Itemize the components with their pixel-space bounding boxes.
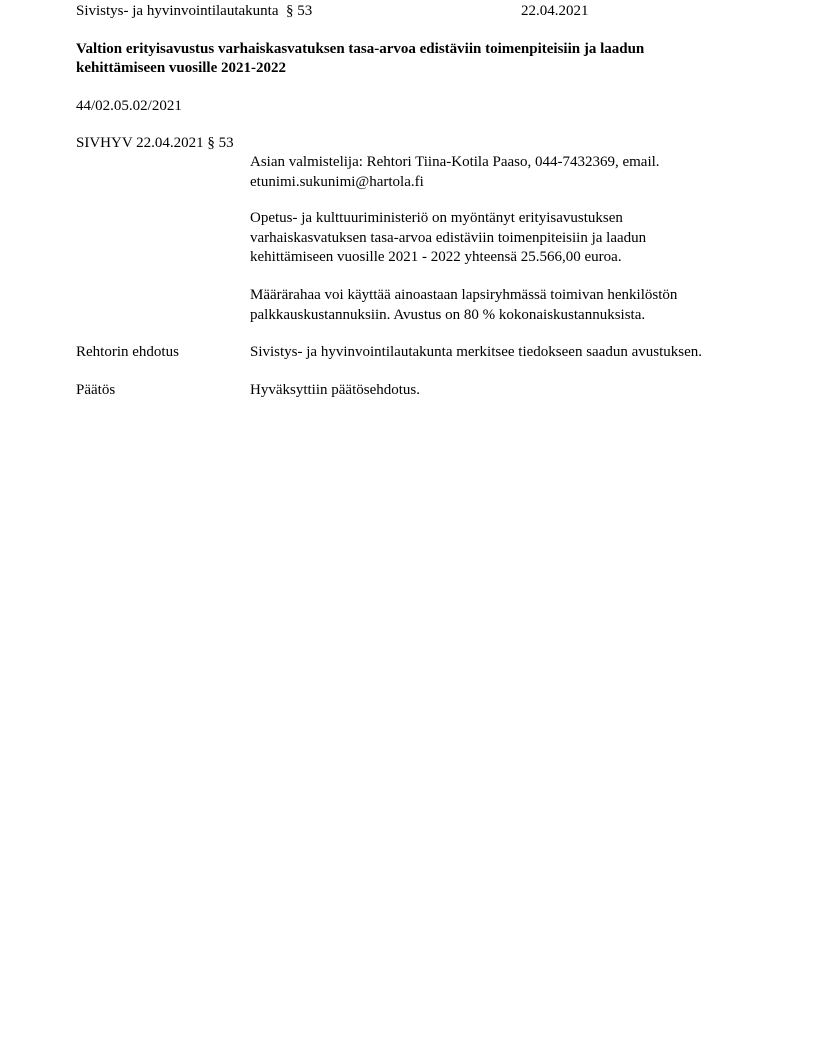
title-line-1: Valtion erityisavustus varhaiskasvatukse… — [76, 40, 644, 59]
proposal-text: Sivistys- ja hyvinvointilautakunta merki… — [250, 343, 702, 362]
grant-paragraph: Opetus- ja kulttuuriministeriö on myöntä… — [250, 209, 646, 268]
paragraph-line: varhaiskasvatuksen tasa-arvoa edistäviin… — [250, 229, 646, 249]
preparer-email: etunimi.sukunimi@hartola.fi — [250, 173, 660, 193]
usage-paragraph: Määrärahaa voi käyttää ainoastaan lapsir… — [250, 286, 677, 325]
preparer-line: Asian valmistelija: Rehtori Tiina-Kotila… — [250, 153, 660, 173]
meeting-reference: SIVHYV 22.04.2021 § 53 — [76, 134, 234, 153]
decision-label: Päätös — [76, 381, 115, 400]
paragraph-line: Määrärahaa voi käyttää ainoastaan lapsir… — [250, 286, 677, 306]
title-line-2: kehittämiseen vuosille 2021-2022 — [76, 59, 286, 78]
paragraph-line: palkkauskustannuksiin. Avustus on 80 % k… — [250, 306, 677, 326]
preparer-paragraph: Asian valmistelija: Rehtori Tiina-Kotila… — [250, 153, 660, 192]
proposal-label: Rehtorin ehdotus — [76, 343, 179, 362]
case-number: 44/02.05.02/2021 — [76, 97, 182, 116]
header-committee: Sivistys- ja hyvinvointilautakunta § 53 — [76, 2, 312, 21]
section-number: § 53 — [286, 3, 312, 19]
committee-name: Sivistys- ja hyvinvointilautakunta — [76, 3, 279, 19]
header-date: 22.04.2021 — [521, 2, 589, 21]
paragraph-line: Opetus- ja kulttuuriministeriö on myöntä… — [250, 209, 646, 229]
decision-text: Hyväksyttiin päätösehdotus. — [250, 381, 420, 400]
paragraph-line: kehittämiseen vuosille 2021 - 2022 yhtee… — [250, 248, 646, 268]
